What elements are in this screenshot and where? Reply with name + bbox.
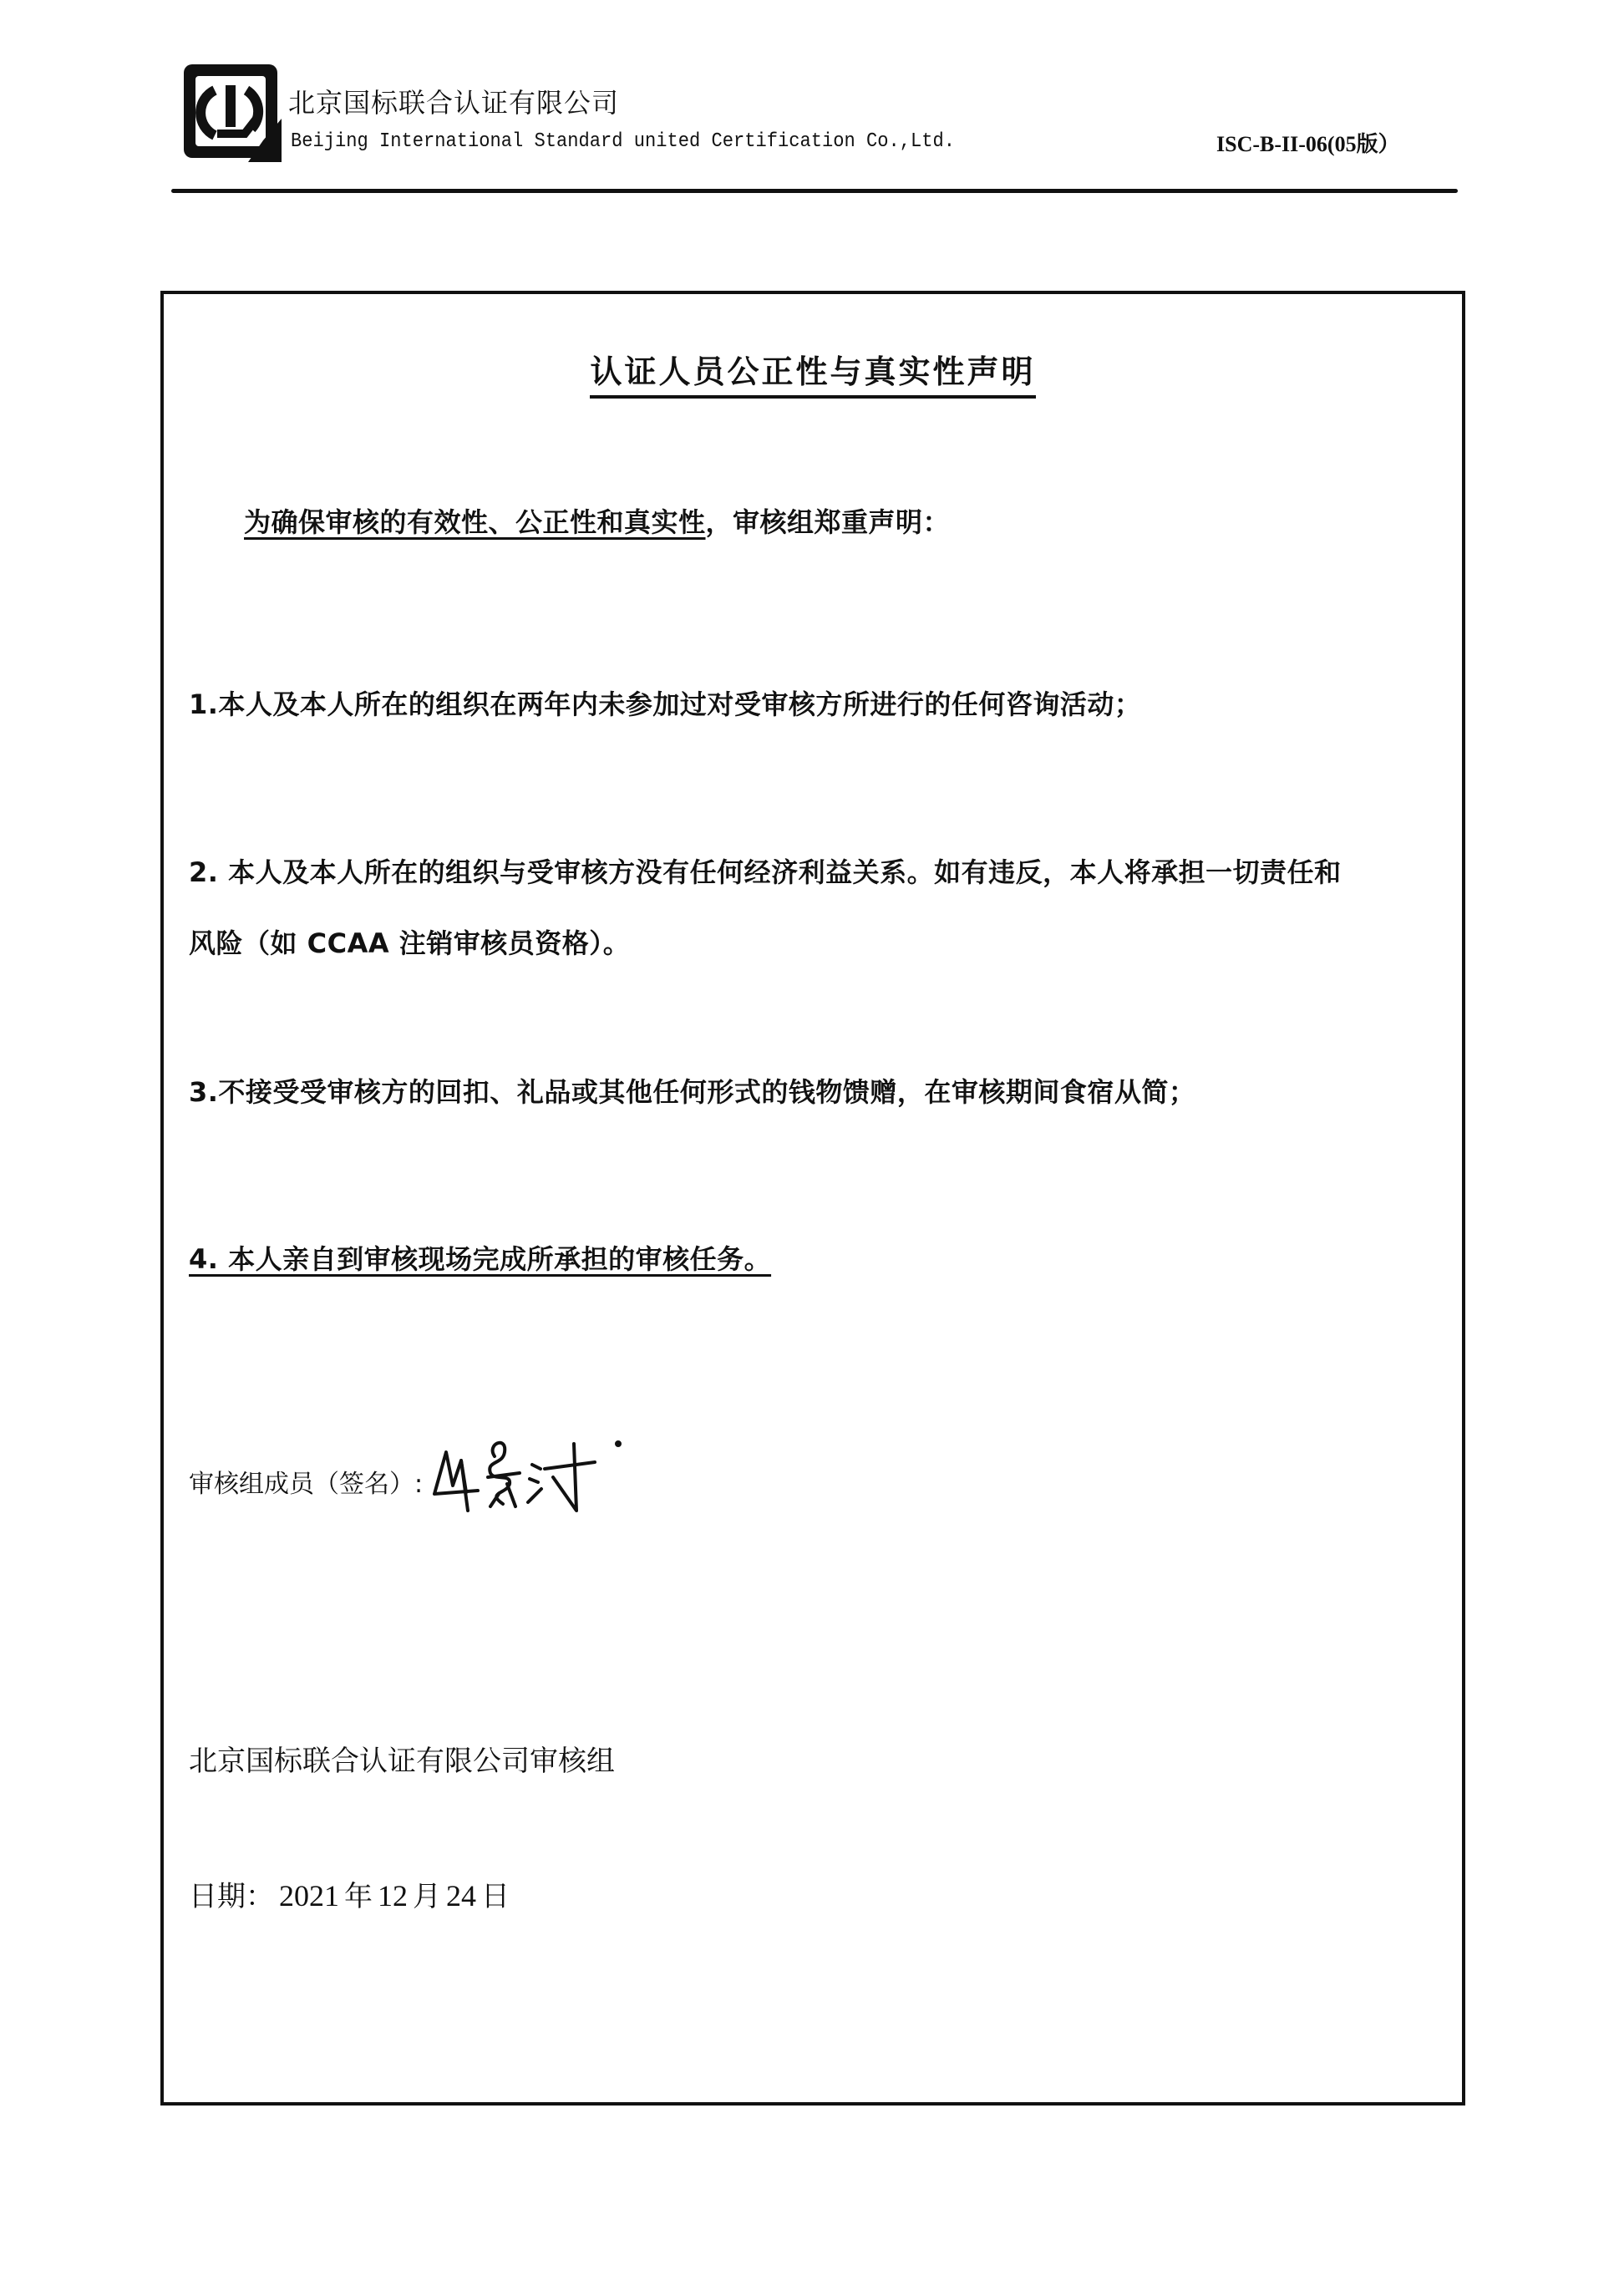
company-name-cn: 北京国标联合认证有限公司	[288, 82, 619, 120]
company-logo-icon	[180, 60, 282, 162]
declaration-item-2-line-2: 风险（如 CCAA 注销审核员资格）。	[189, 922, 630, 961]
document-code: ISC-B-II-06(05版）	[1216, 127, 1400, 158]
intro-rest-text: ，审核组郑重声明：	[706, 506, 951, 538]
form-title-text: 认证人员公正性与真实性声明	[590, 346, 1035, 399]
audit-team-organization: 北京国标联合认证有限公司审核组	[189, 1738, 615, 1779]
declaration-item-4-text: 4. 本人亲自到审核现场完成所承担的审核任务。	[189, 1243, 771, 1275]
date-day-unit: 日	[481, 1880, 510, 1913]
date-row: 日期：2021年12月24日	[189, 1873, 510, 1914]
declaration-form: 认证人员公正性与真实性声明 为确保审核的有效性、公正性和真实性，审核组郑重声明：…	[160, 291, 1465, 2106]
declaration-item-3: 3.不接受受审核方的回扣、礼品或其他任何形式的钱物馈赠，在审核期间食宿从简；	[189, 1071, 1195, 1110]
form-title: 认证人员公正性与真实性声明	[164, 346, 1462, 399]
date-month-unit: 月	[413, 1880, 441, 1913]
header-divider	[171, 189, 1458, 193]
date-label: 日期：	[189, 1880, 274, 1913]
handwritten-signature-icon	[428, 1427, 628, 1519]
date-day: 24	[446, 1879, 476, 1912]
date-year: 2021	[279, 1879, 339, 1912]
intro-underlined-text: 为确保审核的有效性、公正性和真实性	[244, 506, 706, 538]
company-name-en: Beijing International Standard united Ce…	[291, 130, 955, 153]
date-month: 12	[378, 1879, 408, 1912]
signature-row: 审核组成员（签名）:	[189, 1444, 628, 1519]
intro-statement: 为确保审核的有效性、公正性和真实性，审核组郑重声明：	[244, 501, 950, 540]
declaration-item-2-line-1: 2. 本人及本人所在的组织与受审核方没有任何经济利益关系。如有违反，本人将承担一…	[189, 851, 1342, 890]
declaration-item-1: 1.本人及本人所在的组织在两年内未参加过对受审核方所进行的任何咨询活动；	[189, 683, 1141, 722]
date-year-unit: 年	[344, 1880, 373, 1913]
declaration-item-4: 4. 本人亲自到审核现场完成所承担的审核任务。	[189, 1238, 771, 1277]
signature-label: 审核组成员（签名）:	[189, 1463, 423, 1500]
